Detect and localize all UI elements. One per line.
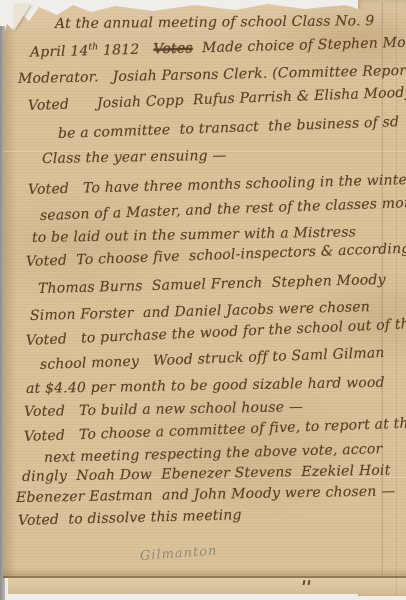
manuscript-photo: At the annual meeting of school Class No… [0,0,406,600]
underlying-sheet-bottom [8,577,406,594]
struck-out-word: Votes [153,40,193,57]
date-year: 1812 [98,41,153,58]
manuscript-line: Class the year ensuing — [42,148,227,167]
date-text: April 14 [30,43,89,61]
folded-corner [14,4,31,31]
manuscript-heading: At the annual meeting of school Class No… [55,13,375,32]
paper-bottom-edge [3,576,406,578]
